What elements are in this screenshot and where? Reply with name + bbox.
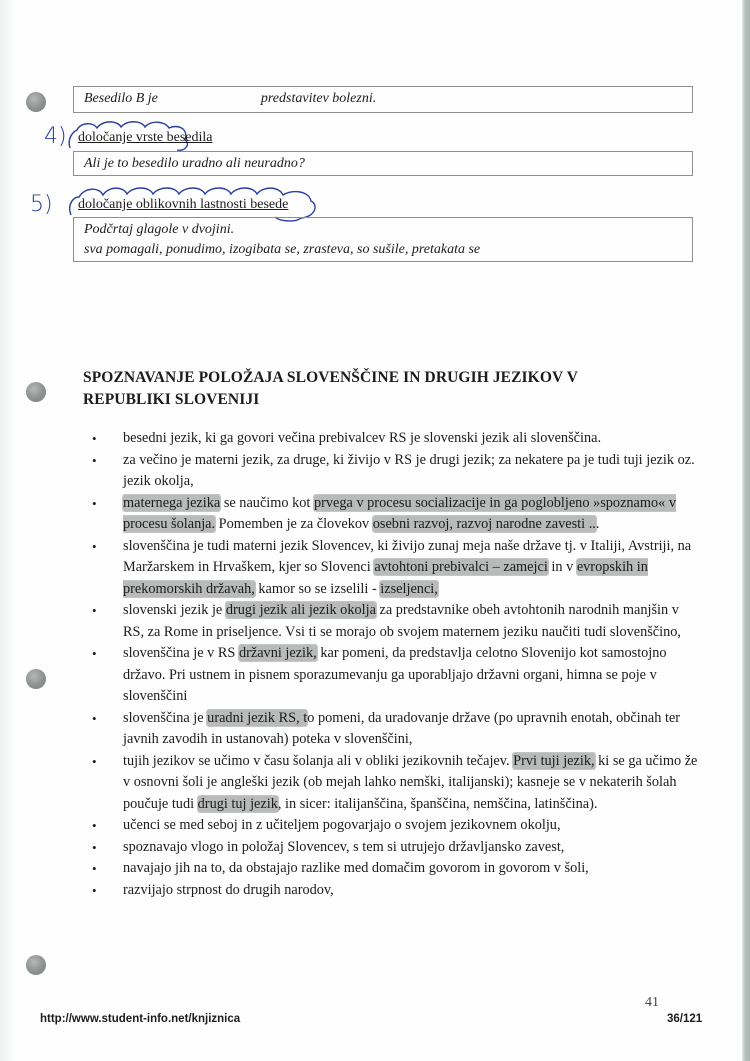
bullet-item: za večino je materni jezik, za druge, ki… bbox=[123, 450, 703, 493]
bullet-text: slovenski jezik je bbox=[123, 602, 226, 618]
highlighted-text: osebni razvoj, razvoj narodne zavesti .. bbox=[373, 516, 596, 532]
highlighted-text: uradni jezik RS, t bbox=[207, 710, 307, 726]
bullet-item: slovenščina je v RS državni jezik, kar p… bbox=[123, 643, 703, 708]
bullet-item: razvijajo strpnost do drugih narodov, bbox=[123, 880, 703, 902]
binder-hole bbox=[26, 382, 46, 402]
bullet-item: slovenščina je tudi materni jezik Sloven… bbox=[123, 536, 703, 601]
scan-left-shading bbox=[0, 0, 14, 1061]
bullet-item: slovenščina je uradni jezik RS, to pomen… bbox=[123, 708, 703, 751]
bullet-text: tujih jezikov se učimo v času šolanja al… bbox=[123, 753, 513, 769]
highlighted-text: državni jezik, bbox=[239, 645, 317, 661]
binder-hole bbox=[26, 669, 46, 689]
task4-question-box: Ali je to besedilo uradno ali neuradno? bbox=[73, 151, 693, 176]
page-number: 41 bbox=[645, 995, 659, 1011]
bullet-item: tujih jezikov se učimo v času šolanja al… bbox=[123, 751, 703, 816]
highlighted-text: drugi jezik ali jezik okolja bbox=[226, 602, 376, 618]
bullet-text: besedni jezik, ki ga govori večina prebi… bbox=[123, 430, 601, 446]
task4-question: Ali je to besedilo uradno ali neuradno? bbox=[84, 156, 305, 171]
bullet-item: spoznavajo vlogo in položaj Slovencev, s… bbox=[123, 837, 703, 859]
task5-label: določanje oblikovnih lastnosti besede bbox=[78, 197, 288, 213]
answer-box-besedilo-b: Besedilo B jepredstavitev bolezni. bbox=[73, 86, 693, 113]
bullet-text: slovenščina je bbox=[123, 710, 207, 726]
task5-words: sva pomagali, ponudimo, izogibata se, zr… bbox=[84, 240, 682, 260]
bullet-list: besedni jezik, ki ga govori večina prebi… bbox=[83, 428, 703, 901]
bullet-text: razvijajo strpnost do drugih narodov, bbox=[123, 882, 334, 898]
scan-page-edge bbox=[742, 0, 750, 1061]
section-heading: SPOZNAVANJE POLOŽAJA SLOVENŠČINE IN DRUG… bbox=[83, 367, 623, 411]
bullet-item: besedni jezik, ki ga govori večina prebi… bbox=[123, 428, 703, 450]
bullet-text: in v bbox=[548, 559, 577, 575]
bullet-text: se naučimo kot bbox=[220, 495, 314, 511]
bullet-text: kamor so se izselili - bbox=[255, 581, 380, 597]
handwritten-number-5: 5) bbox=[30, 192, 53, 217]
box-suffix: predstavitev bolezni. bbox=[261, 91, 376, 106]
bullet-text: za večino je materni jezik, za druge, ki… bbox=[123, 452, 695, 490]
bullet-item: učenci se med seboj in z učiteljem pogov… bbox=[123, 815, 703, 837]
bullet-text: spoznavajo vlogo in položaj Slovencev, s… bbox=[123, 839, 564, 855]
binder-hole bbox=[26, 955, 46, 975]
highlighted-text: avtohtoni prebivalci – zamejci bbox=[374, 559, 547, 575]
task4-label: določanje vrste besedila bbox=[78, 130, 213, 146]
highlighted-text: drugi tuj jezik bbox=[198, 796, 278, 812]
bullet-text: slovenščina je v RS bbox=[123, 645, 239, 661]
footer-page-count: 36/121 bbox=[667, 1013, 702, 1025]
box-prefix: Besedilo B je bbox=[84, 91, 158, 106]
bullet-item: navajajo jih na to, da obstajajo razlike… bbox=[123, 858, 703, 880]
task5-exercise-box: Podčrtaj glagole v dvojini. sva pomagali… bbox=[73, 217, 693, 262]
bullet-text: navajajo jih na to, da obstajajo razlike… bbox=[123, 860, 589, 876]
bullet-text: Pomemben je za človekov bbox=[215, 516, 373, 532]
highlighted-text: maternega jezika bbox=[123, 495, 220, 511]
bullet-item: slovenski jezik je drugi jezik ali jezik… bbox=[123, 600, 703, 643]
footer-url-link[interactable]: http://www.student-info.net/knjiznica bbox=[40, 1013, 240, 1025]
task5-instruction: Podčrtaj glagole v dvojini. bbox=[84, 220, 682, 240]
highlighted-text: izseljenci, bbox=[380, 581, 438, 597]
highlighted-text: Prvi tuji jezik, bbox=[513, 753, 594, 769]
bullet-item: maternega jezika se naučimo kot prvega v… bbox=[123, 493, 703, 536]
handwritten-number-4: 4) bbox=[44, 124, 67, 149]
bullet-text: učenci se med seboj in z učiteljem pogov… bbox=[123, 817, 561, 833]
bullet-text: . bbox=[596, 516, 600, 532]
bullet-text: , in sicer: italijanščina, španščina, ne… bbox=[278, 796, 598, 812]
binder-hole bbox=[26, 92, 46, 112]
